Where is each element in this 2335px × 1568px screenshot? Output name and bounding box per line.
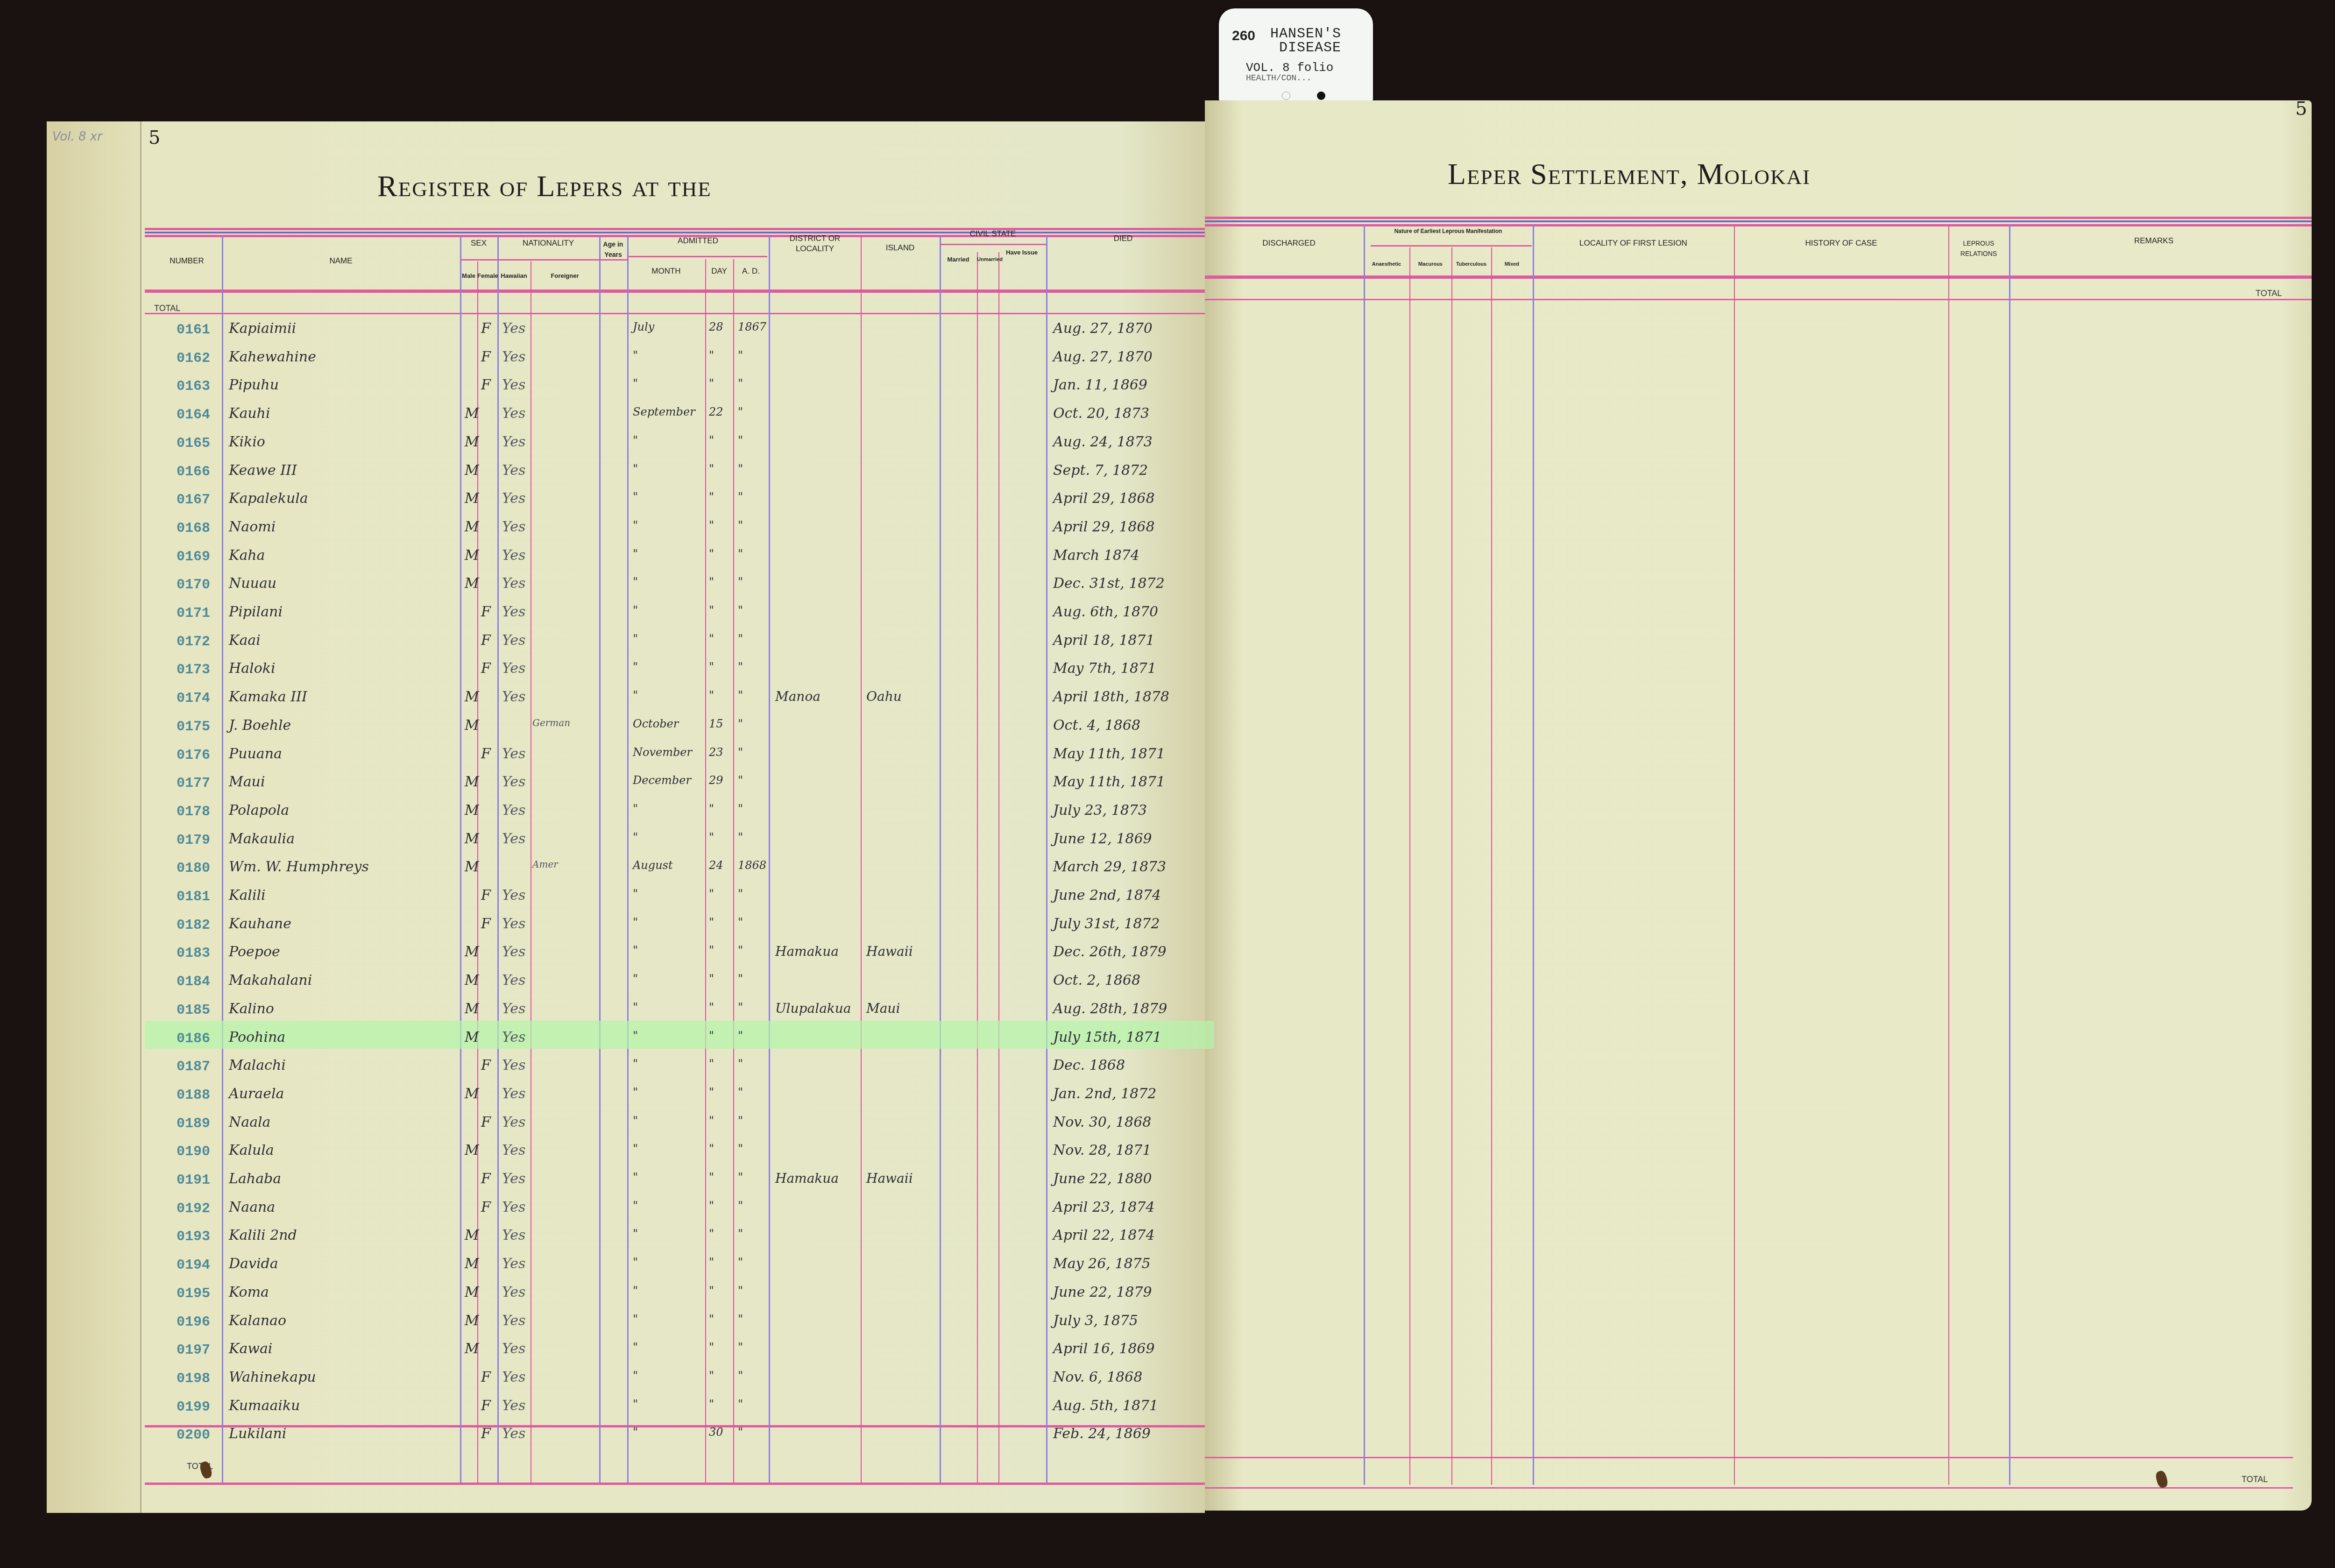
sex-mark: F bbox=[481, 1426, 491, 1442]
died-date: April 23, 1874 bbox=[1053, 1199, 1155, 1215]
died-date: Dec. 1868 bbox=[1053, 1057, 1125, 1074]
row-number: 0192 bbox=[177, 1201, 223, 1217]
row-number: 0200 bbox=[177, 1427, 223, 1443]
admitted-year: " bbox=[738, 1057, 743, 1070]
header-adm-month: Month bbox=[627, 266, 705, 276]
column-divider bbox=[1948, 224, 1949, 1485]
admitted-month: " bbox=[633, 1199, 638, 1212]
admitted-month: " bbox=[633, 1256, 638, 1269]
patient-name: J. Boehle bbox=[229, 717, 291, 734]
row-number: 0170 bbox=[177, 577, 223, 593]
row-number: 0185 bbox=[177, 1003, 223, 1018]
admitted-day: " bbox=[709, 689, 714, 702]
died-date: April 16, 1869 bbox=[1053, 1341, 1155, 1357]
patient-name: Polapola bbox=[229, 802, 289, 819]
admitted-day: " bbox=[709, 1227, 714, 1240]
admitted-month: December bbox=[633, 774, 691, 787]
admitted-year: " bbox=[738, 1426, 743, 1439]
column-divider bbox=[861, 236, 862, 1483]
admitted-day: " bbox=[709, 575, 714, 588]
admitted-year: " bbox=[738, 519, 743, 532]
sex-mark: M bbox=[465, 405, 479, 422]
died-date: April 29, 1868 bbox=[1053, 490, 1155, 507]
patient-name: Nuuau bbox=[229, 575, 276, 592]
died-date: March 29, 1873 bbox=[1053, 859, 1166, 875]
patient-name: Davida bbox=[229, 1256, 278, 1272]
sex-mark: F bbox=[481, 377, 491, 393]
admitted-day: " bbox=[709, 547, 714, 560]
admitted-day: " bbox=[709, 660, 714, 673]
died-date: Aug. 28th, 1879 bbox=[1053, 1001, 1167, 1017]
patient-name: Kahewahine bbox=[229, 349, 316, 365]
sex-mark: M bbox=[465, 717, 479, 734]
row-number: 0166 bbox=[177, 464, 223, 480]
admitted-day: " bbox=[709, 462, 714, 475]
punch-hole bbox=[1282, 92, 1290, 100]
header-rule bbox=[1205, 217, 2312, 219]
admitted-day: " bbox=[709, 519, 714, 532]
admitted-day: " bbox=[709, 1313, 714, 1326]
patient-name: Naala bbox=[229, 1114, 271, 1130]
admitted-month: October bbox=[633, 717, 679, 730]
row-number: 0165 bbox=[177, 436, 223, 452]
footer-rule bbox=[1205, 1457, 2293, 1458]
admitted-year: " bbox=[738, 1341, 743, 1354]
sex-mark: M bbox=[465, 1142, 479, 1158]
patient-name: Kalanao bbox=[229, 1313, 286, 1329]
sex-mark: M bbox=[465, 1001, 479, 1017]
sex-mark: M bbox=[465, 490, 479, 507]
header-admitted: Admitted bbox=[627, 236, 769, 246]
admitted-day: 23 bbox=[709, 746, 723, 759]
patient-name: Wahinekapu bbox=[229, 1369, 316, 1385]
died-date: April 18, 1871 bbox=[1053, 632, 1155, 649]
row-number: 0169 bbox=[177, 549, 223, 565]
row-number: 0186 bbox=[177, 1031, 223, 1047]
admitted-month: " bbox=[633, 1029, 638, 1042]
died-date: Jan. 2nd, 1872 bbox=[1053, 1086, 1156, 1102]
admitted-day: " bbox=[709, 1029, 714, 1042]
header-nature: Nature of Earliest Leprous Manifestation bbox=[1364, 226, 1533, 236]
admitted-year: " bbox=[738, 831, 743, 844]
row-number: 0193 bbox=[177, 1229, 223, 1245]
sex-mark: F bbox=[481, 1114, 491, 1130]
admitted-year: 1867 bbox=[738, 320, 766, 333]
admitted-year: " bbox=[738, 462, 743, 475]
admitted-day: " bbox=[709, 831, 714, 844]
admitted-month: " bbox=[633, 1369, 638, 1382]
row-number: 0198 bbox=[177, 1371, 223, 1387]
row-number: 0190 bbox=[177, 1144, 223, 1160]
nationality-hawaiian: Yes bbox=[502, 887, 525, 904]
column-divider bbox=[1364, 224, 1365, 1485]
admitted-month: November bbox=[633, 746, 692, 759]
column-divider bbox=[531, 261, 531, 1483]
patient-name: Kalili 2nd bbox=[229, 1227, 297, 1243]
sex-mark: M bbox=[465, 1284, 479, 1300]
admitted-month: " bbox=[633, 972, 638, 985]
admitted-month: " bbox=[633, 916, 638, 929]
died-date: Dec. 26th, 1879 bbox=[1053, 944, 1167, 960]
nationality-hawaiian: Yes bbox=[502, 1029, 525, 1045]
sex-mark: M bbox=[465, 462, 479, 479]
nationality-hawaiian: Yes bbox=[502, 944, 525, 960]
nationality-hawaiian: Yes bbox=[502, 660, 525, 677]
header-nationality: Nationality bbox=[497, 238, 599, 248]
admitted-year: " bbox=[738, 774, 743, 787]
patient-name: Lukilani bbox=[229, 1426, 286, 1442]
total-label: TOTAL bbox=[2242, 1475, 2268, 1484]
admitted-year: " bbox=[738, 1369, 743, 1382]
archive-tag-subject: HANSEN'S DISEASE bbox=[1270, 27, 1341, 55]
sex-mark: M bbox=[465, 1256, 479, 1272]
nationality-hawaiian: Yes bbox=[502, 916, 525, 932]
row-number: 0191 bbox=[177, 1172, 223, 1188]
nationality-hawaiian: Yes bbox=[502, 689, 525, 705]
sex-mark: F bbox=[481, 320, 491, 337]
header-bottom-rule bbox=[1205, 275, 2312, 279]
column-divider bbox=[977, 252, 978, 1483]
column-divider bbox=[1491, 247, 1492, 1485]
admitted-month: " bbox=[633, 1398, 638, 1411]
patient-name: Pipilani bbox=[229, 604, 283, 620]
column-divider bbox=[705, 259, 706, 1483]
sex-mark: M bbox=[465, 972, 479, 989]
column-divider bbox=[1734, 224, 1735, 1485]
admitted-year: " bbox=[738, 434, 743, 447]
nationality-hawaiian: Yes bbox=[502, 434, 525, 450]
admitted-year: " bbox=[738, 1398, 743, 1411]
sex-mark: M bbox=[465, 944, 479, 960]
sex-mark: M bbox=[465, 1341, 479, 1357]
admitted-year: " bbox=[738, 405, 743, 418]
died-date: April 18th, 1878 bbox=[1053, 689, 1169, 705]
nationality-hawaiian: Yes bbox=[502, 377, 525, 393]
header-sex-female: Female bbox=[477, 271, 497, 281]
island: Hawaii bbox=[866, 944, 913, 959]
patient-name: Koma bbox=[229, 1284, 269, 1300]
admitted-day: " bbox=[709, 632, 714, 645]
row-number: 0181 bbox=[177, 889, 223, 905]
nationality-hawaiian: Yes bbox=[502, 490, 525, 507]
row-number: 0195 bbox=[177, 1286, 223, 1302]
total-label: TOTAL bbox=[154, 304, 180, 313]
admitted-year: " bbox=[738, 1114, 743, 1127]
nationality-hawaiian: Yes bbox=[502, 1426, 525, 1442]
admitted-day: " bbox=[709, 1284, 714, 1297]
nationality-hawaiian: Yes bbox=[502, 746, 525, 762]
patient-name: Wm. W. Humphreys bbox=[229, 859, 369, 875]
admitted-year: " bbox=[738, 972, 743, 985]
admitted-day: " bbox=[709, 1199, 714, 1212]
admitted-month: " bbox=[633, 1142, 638, 1155]
admitted-year: " bbox=[738, 349, 743, 362]
patient-name: Kalili bbox=[229, 887, 266, 904]
patient-name: Auraela bbox=[229, 1086, 284, 1102]
nationality-hawaiian: Yes bbox=[502, 1313, 525, 1329]
row-number: 0184 bbox=[177, 974, 223, 990]
nationality-foreigner: German bbox=[532, 717, 570, 728]
admitted-day: " bbox=[709, 1256, 714, 1269]
sex-mark: F bbox=[481, 349, 491, 365]
sex-mark: M bbox=[465, 802, 479, 819]
header-adm-ad: A. D. bbox=[733, 266, 769, 276]
district: Ulupalakua bbox=[775, 1001, 851, 1016]
row-number: 0196 bbox=[177, 1314, 223, 1330]
admitted-day: " bbox=[709, 604, 714, 617]
admitted-day: " bbox=[709, 1114, 714, 1127]
admitted-month: " bbox=[633, 462, 638, 475]
admitted-year: " bbox=[738, 1284, 743, 1297]
row-number: 0179 bbox=[177, 833, 223, 848]
sex-mark: M bbox=[465, 434, 479, 450]
patient-name: Makaulia bbox=[229, 831, 295, 847]
header-name: Name bbox=[224, 256, 458, 266]
header-discharged: Discharged bbox=[1214, 238, 1364, 248]
admitted-year: " bbox=[738, 1086, 743, 1099]
row-number: 0176 bbox=[177, 748, 223, 763]
patient-name: Keawe III bbox=[229, 462, 297, 479]
column-divider bbox=[2009, 224, 2010, 1485]
row-number: 0197 bbox=[177, 1342, 223, 1358]
left-page-number: 5 bbox=[149, 127, 160, 148]
header-tuberculous: Tuberculous bbox=[1451, 259, 1491, 269]
sex-mark: M bbox=[465, 575, 479, 592]
row-number: 0183 bbox=[177, 946, 223, 961]
sex-mark: M bbox=[465, 1313, 479, 1329]
punch-hole bbox=[1317, 92, 1325, 100]
nationality-hawaiian: Yes bbox=[502, 1057, 525, 1074]
admitted-month: " bbox=[633, 490, 638, 503]
admitted-month: " bbox=[633, 377, 638, 390]
row-number: 0199 bbox=[177, 1399, 223, 1415]
nationality-hawaiian: Yes bbox=[502, 1171, 525, 1187]
district: Manoa bbox=[775, 689, 821, 704]
admitted-year: " bbox=[738, 604, 743, 617]
admitted-day: " bbox=[709, 1398, 714, 1411]
patient-name: Malachi bbox=[229, 1057, 286, 1074]
subheader-rule bbox=[627, 256, 767, 257]
column-divider bbox=[1046, 236, 1047, 1483]
patient-name: Kaha bbox=[229, 547, 265, 564]
header-leprous-relations: Leprous Relations bbox=[1948, 238, 2009, 259]
nationality-hawaiian: Yes bbox=[502, 1369, 525, 1385]
sex-mark: M bbox=[465, 774, 479, 790]
admitted-month: " bbox=[633, 349, 638, 362]
row-number: 0189 bbox=[177, 1116, 223, 1132]
admitted-year: " bbox=[738, 575, 743, 588]
admitted-month: " bbox=[633, 689, 638, 702]
sex-mark: M bbox=[465, 689, 479, 705]
nationality-hawaiian: Yes bbox=[502, 1256, 525, 1272]
sex-mark: M bbox=[465, 1086, 479, 1102]
admitted-year: 1868 bbox=[738, 859, 766, 872]
nationality-hawaiian: Yes bbox=[502, 1341, 525, 1357]
patient-name: Haloki bbox=[229, 660, 275, 677]
admitted-month: August bbox=[633, 859, 673, 872]
admitted-year: " bbox=[738, 944, 743, 957]
admitted-month: " bbox=[633, 604, 638, 617]
died-date: June 2nd, 1874 bbox=[1053, 887, 1161, 904]
patient-name: Maui bbox=[229, 774, 265, 790]
died-date: Dec. 31st, 1872 bbox=[1053, 575, 1165, 592]
row-number: 0162 bbox=[177, 351, 223, 367]
row-number: 0173 bbox=[177, 662, 223, 678]
admitted-month: " bbox=[633, 1284, 638, 1297]
admitted-month: " bbox=[633, 1171, 638, 1184]
died-date: July 15th, 1871 bbox=[1053, 1029, 1161, 1045]
page-stack-edge bbox=[47, 121, 142, 1513]
header-locality-first-lesion: Locality of First Lesion bbox=[1533, 238, 1734, 248]
row-number: 0167 bbox=[177, 492, 223, 508]
header-mixed: Mixed bbox=[1491, 259, 1533, 269]
died-date: July 23, 1873 bbox=[1053, 802, 1147, 819]
admitted-month: " bbox=[633, 632, 638, 645]
patient-name: Kikio bbox=[229, 434, 265, 450]
nationality-hawaiian: Yes bbox=[502, 575, 525, 592]
patient-name: Naomi bbox=[229, 519, 276, 535]
patient-name: Naana bbox=[229, 1199, 275, 1215]
admitted-day: " bbox=[709, 490, 714, 503]
sex-mark: F bbox=[481, 887, 491, 904]
admitted-day: 28 bbox=[709, 320, 723, 333]
column-divider bbox=[599, 236, 601, 1483]
island: Hawaii bbox=[866, 1171, 913, 1186]
died-date: May 26, 1875 bbox=[1053, 1256, 1151, 1272]
patient-name: Poohina bbox=[229, 1029, 285, 1045]
admitted-month: " bbox=[633, 1341, 638, 1354]
row-number: 0188 bbox=[177, 1088, 223, 1103]
admitted-year: " bbox=[738, 547, 743, 560]
admitted-year: " bbox=[738, 1313, 743, 1326]
column-divider bbox=[1533, 224, 1534, 1485]
admitted-day: " bbox=[709, 944, 714, 957]
row-number: 0187 bbox=[177, 1059, 223, 1075]
patient-name: Kalula bbox=[229, 1142, 274, 1158]
admitted-month: " bbox=[633, 1057, 638, 1070]
row-number: 0164 bbox=[177, 407, 223, 423]
admitted-year: " bbox=[738, 1256, 743, 1269]
district: Hamakua bbox=[775, 1171, 839, 1186]
admitted-month: September bbox=[633, 405, 695, 418]
header-cs-married: Married bbox=[940, 254, 977, 265]
admitted-day: 15 bbox=[709, 717, 723, 730]
died-date: Aug. 5th, 1871 bbox=[1053, 1398, 1158, 1414]
header-sex: Sex bbox=[460, 238, 497, 248]
patient-name: Kauhane bbox=[229, 916, 291, 932]
admitted-year: " bbox=[738, 632, 743, 645]
row-number: 0168 bbox=[177, 521, 223, 537]
admitted-day: " bbox=[709, 1001, 714, 1014]
died-date: Aug. 27, 1870 bbox=[1053, 320, 1153, 337]
sex-mark: F bbox=[481, 1171, 491, 1187]
admitted-month: July bbox=[633, 320, 654, 333]
nationality-hawaiian: Yes bbox=[502, 405, 525, 422]
nationality-hawaiian: Yes bbox=[502, 972, 525, 989]
admitted-month: " bbox=[633, 547, 638, 560]
patient-name: Kapalekula bbox=[229, 490, 308, 507]
header-nat-hawaiian: Hawaiian bbox=[497, 271, 531, 281]
patient-name: Kauhi bbox=[229, 405, 270, 422]
header-died: Died bbox=[1046, 233, 1200, 244]
admitted-day: 24 bbox=[709, 859, 723, 872]
died-date: June 12, 1869 bbox=[1053, 831, 1152, 847]
admitted-month: " bbox=[633, 1426, 638, 1439]
column-divider bbox=[769, 236, 770, 1483]
nationality-hawaiian: Yes bbox=[502, 519, 525, 535]
row-number: 0177 bbox=[177, 776, 223, 791]
admitted-month: " bbox=[633, 1313, 638, 1326]
sex-mark: F bbox=[481, 632, 491, 649]
admitted-month: " bbox=[633, 1001, 638, 1014]
patient-name: Kamaka III bbox=[229, 689, 307, 705]
patient-name: Lahaba bbox=[229, 1171, 281, 1187]
admitted-month: " bbox=[633, 831, 638, 844]
patient-name: Poepoe bbox=[229, 944, 280, 960]
nationality-hawaiian: Yes bbox=[502, 1227, 525, 1243]
sex-mark: F bbox=[481, 604, 491, 620]
admitted-day: 30 bbox=[709, 1426, 723, 1439]
header-sex-male: Male bbox=[460, 271, 477, 281]
died-date: Aug. 6th, 1870 bbox=[1053, 604, 1158, 620]
died-date: Aug. 24, 1873 bbox=[1053, 434, 1153, 450]
admitted-month: " bbox=[633, 1086, 638, 1099]
admitted-day: " bbox=[709, 802, 714, 815]
admitted-month: " bbox=[633, 519, 638, 532]
died-date: July 31st, 1872 bbox=[1053, 916, 1160, 932]
admitted-year: " bbox=[738, 802, 743, 815]
header-cs-issue: Have Issue bbox=[998, 247, 1045, 258]
nationality-hawaiian: Yes bbox=[502, 1398, 525, 1414]
column-divider bbox=[733, 259, 734, 1483]
died-date: Nov. 28, 1871 bbox=[1053, 1142, 1151, 1158]
sex-mark: M bbox=[465, 859, 479, 875]
column-divider bbox=[1409, 247, 1410, 1485]
column-divider bbox=[998, 252, 999, 1483]
left-page-title: Register of Lepers at the bbox=[377, 169, 712, 204]
admitted-year: " bbox=[738, 1142, 743, 1155]
island: Oahu bbox=[866, 689, 902, 704]
row-number: 0171 bbox=[177, 606, 223, 622]
died-date: Feb. 24, 1869 bbox=[1053, 1426, 1151, 1442]
nationality-hawaiian: Yes bbox=[502, 774, 525, 790]
died-date: May 7th, 1871 bbox=[1053, 660, 1156, 677]
admitted-month: " bbox=[633, 575, 638, 588]
footer-rule bbox=[145, 1483, 1205, 1485]
patient-name: Makahalani bbox=[229, 972, 312, 989]
sex-mark: F bbox=[481, 746, 491, 762]
nationality-hawaiian: Yes bbox=[502, 604, 525, 620]
row-number: 0161 bbox=[177, 322, 223, 338]
died-date: Nov. 30, 1868 bbox=[1053, 1114, 1151, 1130]
sex-mark: M bbox=[465, 1227, 479, 1243]
died-date: March 1874 bbox=[1053, 547, 1139, 564]
header-island: Island bbox=[861, 243, 940, 253]
died-date: June 22, 1880 bbox=[1053, 1171, 1152, 1187]
admitted-day: " bbox=[709, 1171, 714, 1184]
header-district: District or Locality bbox=[771, 233, 859, 254]
admitted-year: " bbox=[738, 660, 743, 673]
patient-name: Pipuhu bbox=[229, 377, 279, 393]
patient-name: Puuana bbox=[229, 746, 282, 762]
admitted-year: " bbox=[738, 1227, 743, 1240]
admitted-day: " bbox=[709, 1142, 714, 1155]
archive-tag-category: HEALTH/CON... bbox=[1246, 74, 1311, 83]
subheader-rule bbox=[940, 244, 1046, 245]
footer-rule bbox=[1205, 1487, 2293, 1489]
patient-name: Kawai bbox=[229, 1341, 272, 1357]
admitted-month: " bbox=[633, 660, 638, 673]
